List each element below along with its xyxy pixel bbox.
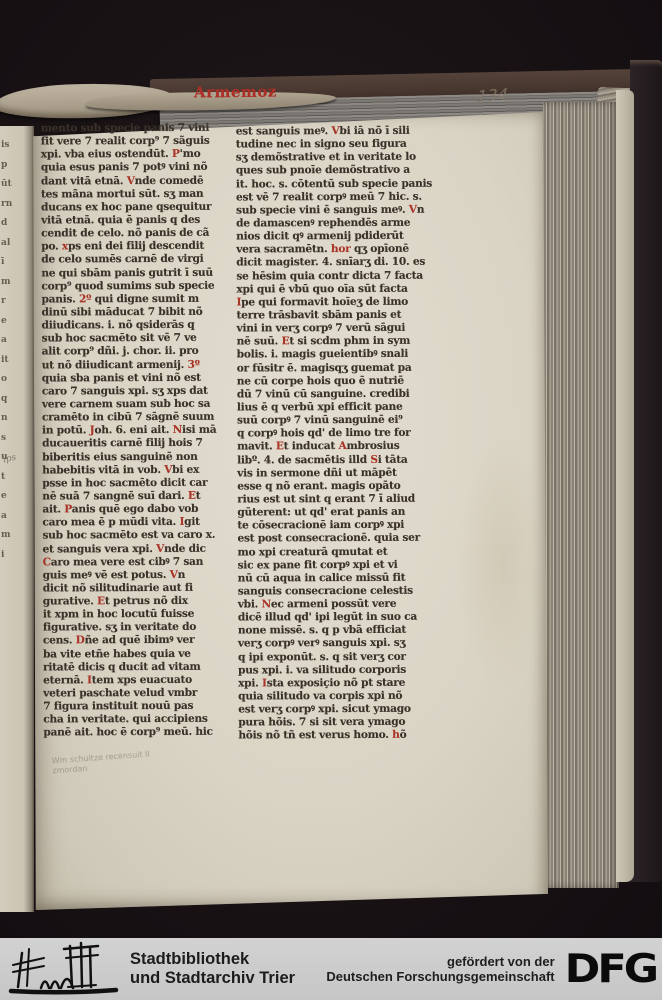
manuscript-line: po. xps eni dei filij descendit — [41, 240, 237, 254]
funding-line1: gefördert von der — [326, 954, 554, 970]
manuscript-line: is — [1, 136, 13, 156]
manuscript-line: xpi qui ē vbū quo oīa sūt facta — [236, 282, 432, 296]
manuscript-line: ba vite etñe habes quia ve — [43, 647, 239, 661]
manuscript-line: libº. 4. de sacmētis illd Si tāta — [237, 453, 433, 467]
manuscript-line: q corpꝰ hois qd' de limo tre for — [237, 427, 433, 441]
manuscript-line: eternā. Item xps euacuato — [43, 673, 239, 687]
manuscript-line: al — [1, 234, 13, 254]
dfg-logo: DFG — [565, 949, 656, 989]
manuscript-line: fit vere 7 realit corp⁹ 7 sãguis — [41, 135, 237, 149]
manuscript-line: nē suū. Et si scdm phm in sym — [237, 335, 433, 349]
manuscript-line: it. hoc. s. cōtentū sub specie panis — [236, 177, 432, 191]
manuscript-line: rn — [1, 195, 13, 215]
gutter-pencil-mark: ips — [2, 453, 17, 466]
manuscript-line: Ipe qui formavit hoīeʒ de limo — [236, 295, 432, 309]
manuscript-line: se hēsim quia contr dicta 7 facta — [236, 269, 432, 283]
manuscript-line: vis in sermone dñi ut māpēt — [237, 466, 433, 480]
manuscript-line: dū 7 vinū cū sanguine. credibi — [237, 387, 433, 401]
manuscript-line: ne cū corpe hois quo ē nutriē — [237, 374, 433, 388]
facing-page-text-fragments: ispūtrndalīmreaitoqnsuteami — [1, 136, 13, 565]
manuscript-line: dinū sibi māducat 7 bibit nõ — [41, 306, 237, 320]
manuscript-line: de damascenꝰ rephendēs arme — [236, 217, 432, 231]
left-column: mento sub specie panis 7 vinifit vere 7 … — [41, 122, 240, 740]
manuscript-line: ducans ex hoc pane qsequitur — [41, 200, 237, 214]
manuscript-line: xpi. vba eius ostendūt. P'mo — [41, 148, 237, 162]
manuscript-line: corp⁹ quod sumims sub specie — [41, 279, 237, 293]
manuscript-line: panē ait. hoc ē corp⁹ meū. hic — [43, 726, 239, 740]
manuscript-line: rius est ut sint q erant 7 ī aliud — [237, 493, 433, 507]
manuscript-line: vere carnem suam sub hoc sa — [42, 398, 238, 412]
manuscript-line: quia sba panis et vini nõ est — [42, 371, 238, 385]
manuscript-line: e — [1, 487, 13, 507]
manuscript-line: quia esus panis 7 potꝰ vini nõ — [41, 161, 237, 175]
manuscript-line: panis. 2º qui digne sumit m — [41, 292, 237, 306]
manuscript-line: pus xpi. i. va silitudo corporis — [238, 663, 434, 677]
manuscript-line: suū corpꝰ 7 vinū sanguinē ei⁹ — [237, 414, 433, 428]
manuscript-line: sic ex pane fit corpꝰ xpi et vi — [238, 558, 434, 572]
manuscript-line: veteri paschate velud vmbr — [43, 687, 239, 701]
manuscript-line: ūt — [1, 175, 13, 195]
manuscript-line: bolis. i. magis gueientibꝰ snali — [237, 348, 433, 362]
book-cover-right — [630, 60, 662, 882]
manuscript-line: in potū. Joh. 6. eni ait. Nisi mā — [42, 424, 238, 438]
manuscript-line: sanguis consecracione celestis — [238, 584, 434, 598]
manuscript-line: vera sacramētn. hor qʒ opīonē — [236, 243, 432, 257]
manuscript-line: lius ē q verbū xpi efficit pane — [237, 401, 433, 415]
manuscript-line: ī — [1, 253, 13, 273]
manuscript-line: nios dicit qꝰ armenij pdiderūt — [236, 230, 432, 244]
right-column: est sanguis meꝰ. Vbi iā nõ ī silitudine … — [236, 125, 435, 743]
manuscript-line: gūterent: ut qd' erat panis an — [237, 506, 433, 520]
manuscript-line: a — [1, 507, 13, 527]
funding-line2: Deutschen Forschungsgemeinschaft — [326, 969, 554, 985]
manuscript-line: terre trāsbavit sbām panis et — [236, 309, 432, 323]
fore-edge-page-block — [543, 102, 619, 888]
manuscript-line: nē suā 7 sangnē suī dari. Et — [42, 490, 238, 504]
manuscript-line: caro 7 sanguis xpi. sʒ xps dat — [42, 384, 238, 398]
manuscript-line: r — [1, 292, 13, 312]
manuscript-line: n — [1, 409, 13, 429]
manuscript-line: o — [1, 370, 13, 390]
funding-credit: gefördert von der Deutschen Forschungsge… — [326, 954, 554, 985]
manuscript-line: est verʒ corpꝰ xpi. sicut ymago — [238, 703, 434, 717]
manuscript-line: ut nõ diiudicant armenij. 3º — [42, 358, 238, 372]
library-name-line2: und Stadtarchiv Trier — [130, 969, 295, 988]
manuscript-line: verʒ corpꝰ verꝰ sanguis xpi. sʒ — [238, 637, 434, 651]
manuscript-line: mo xpi creaturā qmutat et — [237, 545, 433, 559]
manuscript-line: or fūsitr ē. magisqʒ guemat pa — [237, 361, 433, 375]
manuscript-line: t — [1, 468, 13, 488]
manuscript-line: q ipi exponūt. s. q sit verʒ cor — [238, 650, 434, 664]
manuscript-line: sub hoc sacmēto est va caro x. — [42, 529, 238, 543]
manuscript-line: dicit magister. 4. snīarʒ di. 10. es — [236, 256, 432, 270]
manuscript-line: sub hoc sacmēto sit vē 7 ve — [42, 332, 238, 346]
library-name: Stadtbibliothek und Stadtarchiv Trier — [130, 950, 295, 988]
manuscript-line: habebitis vitā in vob. Vbi ex — [42, 463, 238, 477]
digitized-manuscript-viewer: ispūtrndalīmreaitoqnsuteami ips Armemoƶ … — [0, 0, 662, 1000]
manuscript-line: q — [1, 390, 13, 410]
manuscript-line: dicit nõ silitudinarie aut fi — [43, 581, 239, 595]
manuscript-line: tes mãna mortui sūt. sʒ man — [41, 187, 237, 201]
manuscript-line: p — [1, 156, 13, 176]
manuscript-line: ques sub pnoīe demõstrativo a — [236, 164, 432, 178]
manuscript-line: cens. Dñe ad quē ibimꝰ ver — [43, 634, 239, 648]
manuscript-line: pura hõis. 7 si sit vera ymago — [238, 716, 434, 730]
footer-bar: Stadtbibliothek und Stadtarchiv Trier ge… — [0, 938, 662, 1000]
manuscript-line: a — [1, 331, 13, 351]
manuscript-line: e — [1, 312, 13, 332]
manuscript-photo: ispūtrndalīmreaitoqnsuteami ips Armemoƶ … — [0, 0, 662, 938]
manuscript-line: mento sub specie panis 7 vini — [41, 122, 237, 136]
manuscript-line: guis meꝰ vē est potus. Vn — [43, 568, 239, 582]
manuscript-line: nū cū aqua in calice missū fit — [238, 571, 434, 585]
porta-nigra-logo-icon — [8, 941, 120, 997]
manuscript-line: 7 figura instituit nouū pas — [43, 700, 239, 714]
manuscript-line: i — [1, 546, 13, 566]
manuscript-line: xpi. Ista exposiçio nõ pt stare — [238, 676, 434, 690]
manuscript-line: cendit de celo. nõ panis de cã — [41, 227, 237, 241]
manuscript-line: m — [1, 273, 13, 293]
manuscript-line: ne qui sbām panis gutrit ī suū — [41, 266, 237, 280]
manuscript-line: vbi. Nec armeni possūt vere — [238, 598, 434, 612]
manuscript-line: est sanguis meꝰ. Vbi iā nõ ī sili — [236, 125, 432, 139]
manuscript-line: ritatē dicis q ducit ad vitam — [43, 660, 239, 674]
manuscript-line: est vē 7 realit corpꝰ meū 7 hic. s. — [236, 190, 432, 204]
manuscript-line: ait. Panis quē ego dabo vob — [42, 503, 238, 517]
manuscript-line: caro mea ē p mūdi vita. Igit — [42, 516, 238, 530]
rubric-heading: Armemoƶ — [194, 83, 277, 102]
manuscript-line: it xpm in hoc locutū fuisse — [43, 608, 239, 622]
manuscript-line: dant vitā etnā. Vnde comedē — [41, 174, 237, 188]
manuscript-line: diiudicans. i. nõ qsiderās q — [42, 319, 238, 333]
manuscript-line: sub specie vini ē sanguis meꝰ. Vn — [236, 203, 432, 217]
manuscript-line: cramēto in cibū 7 sāgnē suum — [42, 411, 238, 425]
manuscript-line: d — [1, 214, 13, 234]
parchment-stain — [458, 434, 548, 694]
manuscript-line: hõis nõ tñ est verus homo. hõ — [238, 729, 434, 743]
manuscript-line: vitā etnā. quia ē panis q des — [41, 214, 237, 228]
manuscript-line: cha in veritate. qui accipiens — [43, 713, 239, 727]
folio-number: 134 — [476, 85, 509, 107]
manuscript-line: ducaueritis carnē filij hois 7 — [42, 437, 238, 451]
manuscript-line: sʒ demõstrative et in veritate lo — [236, 151, 432, 165]
manuscript-line: s — [1, 429, 13, 449]
manuscript-line: et sanguis vera xpi. Vnde dic — [42, 542, 238, 556]
manuscript-line: dicē illud qd' ipi legūt in suo ca — [238, 611, 434, 625]
manuscript-line: gurative. Et petrus nõ dix — [43, 595, 239, 609]
manuscript-line: tudine nec in signo seu figura — [236, 138, 432, 152]
library-name-line1: Stadtbibliothek — [130, 950, 295, 969]
manuscript-line: alit corp⁹ dñi. j. chor. ii. pro — [42, 345, 238, 359]
manuscript-line: m — [1, 526, 13, 546]
manuscript-line: de celo sumēs carnē de virgi — [41, 253, 237, 267]
manuscript-line: te cōsecracionē iam corpꝰ xpi — [237, 519, 433, 533]
facing-page-strip: ispūtrndalīmreaitoqnsuteami ips — [0, 126, 34, 912]
manuscript-line: Caro mea vere est cibꝰ 7 san — [43, 555, 239, 569]
fore-edge-outer-leaf — [616, 90, 634, 882]
manuscript-line: it — [1, 351, 13, 371]
manuscript-line: vini in verʒ corpꝰ 7 verū sāgui — [237, 322, 433, 336]
manuscript-line: est post consecracionē. quia ser — [237, 532, 433, 546]
manuscript-line: mavit. Et inducat Ambrosius — [237, 440, 433, 454]
manuscript-line: biberitis eius sanguinē non — [42, 450, 238, 464]
manuscript-line: figurative. sʒ in veritate do — [43, 621, 239, 635]
manuscript-line: none missē. s. q p vbā efficiat — [238, 624, 434, 638]
manuscript-line: psse in hoc sacmēto dicit car — [42, 476, 238, 490]
manuscript-line: esse q nõ erant. magis opāto — [237, 479, 433, 493]
manuscript-line: quia silitudo va corpis xpi nõ — [238, 690, 434, 704]
